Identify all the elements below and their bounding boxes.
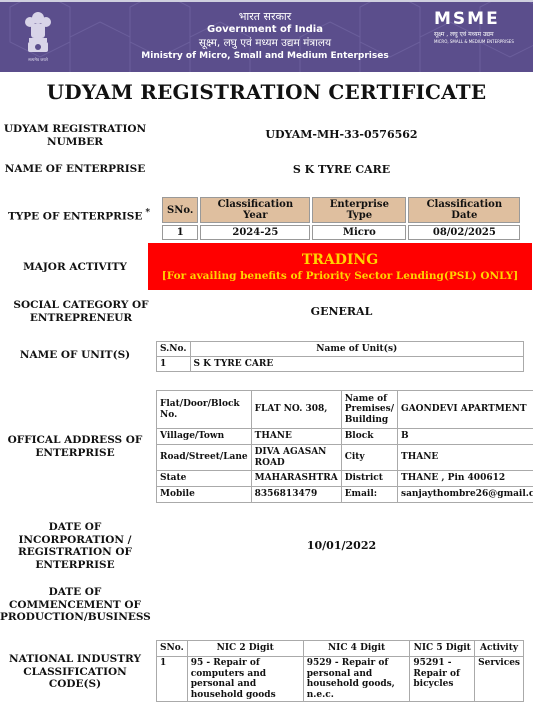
table-cell: 08/02/2025 <box>408 225 520 240</box>
table-row: Village/Town THANE Block B <box>157 429 533 445</box>
table-row: Road/Street/Lane DIVA AGASAN ROAD City T… <box>157 445 533 471</box>
column-header: NIC 2 Digit <box>187 641 303 657</box>
field-value: THANE , Pin 400612 <box>398 471 533 487</box>
major-activity-box: TRADING [For availing benefits of Priori… <box>148 243 532 290</box>
msme-english-text: MICRO, SMALL & MEDIUM ENTERPRISES <box>434 39 520 45</box>
table-header-row: SNo. NIC 2 Digit NIC 4 Digit NIC 5 Digit… <box>157 641 524 657</box>
column-header: SNo. <box>162 197 198 223</box>
social-category-label: SOCIAL CATEGORY OF ENTREPRENEUR <box>6 299 156 324</box>
enterprise-type-table: SNo. Classification Year Enterprise Type… <box>160 195 522 242</box>
msme-logo-text: MSME <box>434 10 520 28</box>
field-label: Flat/Door/Block No. <box>157 391 252 429</box>
english-government: Government of India <box>130 23 400 36</box>
field-label: Block <box>341 429 397 445</box>
table-cell: Micro <box>312 225 406 240</box>
table-row: 1 2024-25 Micro 08/02/2025 <box>162 225 520 240</box>
field-label: Village/Town <box>157 429 252 445</box>
incorporation-date-value: 10/01/2022 <box>150 539 533 552</box>
msme-hindi-text: सूक्ष्म , लघु एवं मध्यम उद्यम <box>434 30 520 39</box>
table-header-row: S.No. Name of Unit(s) <box>157 342 524 357</box>
column-header: Name of Unit(s) <box>190 342 523 357</box>
hindi-government: भारत सरकार <box>130 10 400 23</box>
social-category-value: GENERAL <box>150 305 533 318</box>
commencement-date-label: DATE OF COMMENCEMENT OF PRODUCTION/BUSIN… <box>0 586 150 624</box>
major-activity-value: TRADING <box>148 251 532 269</box>
table-cell: S K TYRE CARE <box>190 357 523 372</box>
msme-logo: MSME सूक्ष्म , लघु एवं मध्यम उद्यम MICRO… <box>434 10 520 45</box>
column-header: NIC 4 Digit <box>303 641 410 657</box>
enterprise-name-value: S K TYRE CARE <box>150 163 533 176</box>
enterprise-type-label: TYPE OF ENTERPRISE* <box>4 207 154 223</box>
field-label: City <box>341 445 397 471</box>
field-value: GAONDEVI APARTMENT <box>398 391 533 429</box>
table-cell: 1 <box>157 657 188 702</box>
table-cell: 1 <box>162 225 198 240</box>
table-row: Flat/Door/Block No. FLAT NO. 308, Name o… <box>157 391 533 429</box>
incorporation-date-label: DATE OF INCORPORATION / REGISTRATION OF … <box>0 521 150 571</box>
field-label: Email: <box>341 487 397 503</box>
field-label: Mobile <box>157 487 252 503</box>
registration-number-value: UDYAM-MH-33-0576562 <box>150 128 533 141</box>
header-banner: सत्यमेव जयते भारत सरकार Government of In… <box>0 0 533 72</box>
address-table: Flat/Door/Block No. FLAT NO. 308, Name o… <box>156 390 533 503</box>
email-value: sanjaythombre26@gmail.com <box>398 487 533 503</box>
field-label: State <box>157 471 252 487</box>
mobile-value: 8356813479 <box>251 487 341 503</box>
field-value: DIVA AGASAN ROAD <box>251 445 341 471</box>
column-header: SNo. <box>157 641 188 657</box>
nic-table: SNo. NIC 2 Digit NIC 4 Digit NIC 5 Digit… <box>156 640 524 702</box>
column-header: Enterprise Type <box>312 197 406 223</box>
registration-number-label: UDYAM REGISTRATION NUMBER <box>0 123 150 148</box>
column-header: Activity <box>475 641 524 657</box>
table-cell: 9529 - Repair of personal and household … <box>303 657 410 702</box>
field-value: THANE <box>251 429 341 445</box>
field-value: THANE <box>398 445 533 471</box>
field-label: Road/Street/Lane <box>157 445 252 471</box>
table-cell: 95291 - Repair of bicycles <box>410 657 475 702</box>
field-label: District <box>341 471 397 487</box>
column-header: S.No. <box>157 342 191 357</box>
table-row: 1 95 - Repair of computers and personal … <box>157 657 524 702</box>
nic-label: NATIONAL INDUSTRY CLASSIFICATION CODE(S) <box>0 653 150 691</box>
field-label: Name of Premises/ Building <box>341 391 397 429</box>
table-row: Mobile 8356813479 Email: sanjaythombre26… <box>157 487 533 503</box>
table-header-row: SNo. Classification Year Enterprise Type… <box>162 197 520 223</box>
column-header: Classification Date <box>408 197 520 223</box>
hindi-ministry: सूक्ष्म, लघु एवं मध्यम उद्यम मंत्रालय <box>130 36 400 50</box>
table-cell: 95 - Repair of computers and personal an… <box>187 657 303 702</box>
table-cell: Services <box>475 657 524 702</box>
table-row: 1 S K TYRE CARE <box>157 357 524 372</box>
table-row: State MAHARASHTRA District THANE , Pin 4… <box>157 471 533 487</box>
major-activity-note: [For availing benefits of Priority Secto… <box>148 269 532 283</box>
field-value: FLAT NO. 308, <box>251 391 341 429</box>
english-ministry: Ministry of Micro, Small and Medium Ente… <box>130 50 400 63</box>
required-asterisk: * <box>145 208 150 218</box>
enterprise-name-label: NAME OF ENTERPRISE <box>0 163 150 176</box>
government-title: भारत सरकार Government of India सूक्ष्म, … <box>130 10 400 63</box>
address-label: OFFICAL ADDRESS OF ENTERPRISE <box>0 434 150 459</box>
column-header: Classification Year <box>200 197 310 223</box>
emblem-caption: सत्यमेव जयते <box>18 57 58 63</box>
units-label: NAME OF UNIT(S) <box>0 349 150 362</box>
field-value: B <box>398 429 533 445</box>
enterprise-type-label-text: TYPE OF ENTERPRISE <box>8 211 142 223</box>
table-cell: 2024-25 <box>200 225 310 240</box>
field-value: MAHARASHTRA <box>251 471 341 487</box>
units-table: S.No. Name of Unit(s) 1 S K TYRE CARE <box>156 341 524 372</box>
table-cell: 1 <box>157 357 191 372</box>
column-header: NIC 5 Digit <box>410 641 475 657</box>
major-activity-label: MAJOR ACTIVITY <box>0 261 150 274</box>
page-title: UDYAM REGISTRATION CERTIFICATE <box>0 80 533 104</box>
